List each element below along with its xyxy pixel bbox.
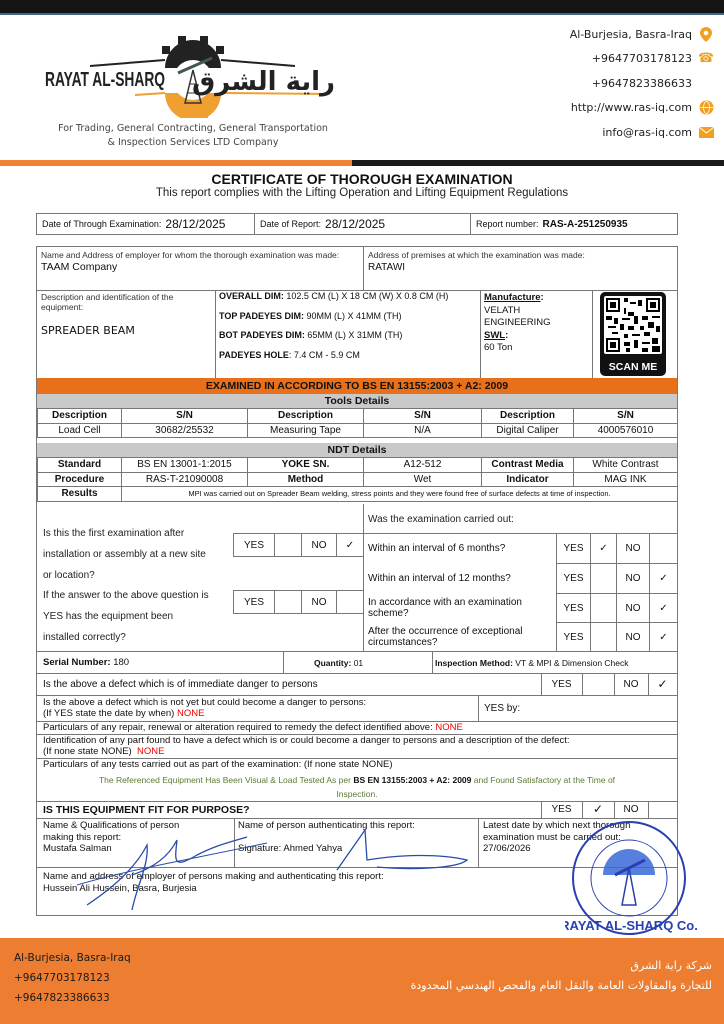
report-date-cell: Date of Report: 28/12/2025	[255, 214, 471, 234]
fit-no-check[interactable]	[648, 804, 677, 818]
first-exam-no-check[interactable]: ✓	[337, 534, 363, 556]
exam-date-cell: Date of Through Examination: 28/12/2025	[37, 214, 255, 234]
installed-correctly-question: If the answer to the above question is Y…	[43, 585, 209, 648]
tools-header-row: DescriptionS/N DescriptionS/N Descriptio…	[38, 409, 678, 424]
dates-box: Date of Through Examination: 28/12/2025 …	[36, 213, 678, 235]
installed-correctly-yes-no[interactable]: YES NO	[233, 590, 364, 614]
svg-text:RAYAT AL-SHARQ: RAYAT AL-SHARQ	[45, 69, 165, 91]
contact-website: http://www.ras-iq.com	[494, 96, 714, 121]
footer-arabic-name: شركة راية الشرق للتجارة والمقاولات العام…	[411, 956, 712, 996]
contact-info: Al-Burjesia, Basra-Iraq +9647703178123 ☎…	[494, 22, 714, 145]
header-divider-orange	[0, 160, 352, 166]
no-check[interactable]: ✓	[650, 623, 677, 651]
exam-date-value: 28/12/2025	[165, 217, 225, 231]
fit-yes-check[interactable]: ✓	[582, 802, 614, 816]
no-label: NO	[617, 564, 650, 593]
employer-value: TAAM Company	[41, 261, 361, 273]
quantity: Quantity: 01	[314, 658, 363, 668]
interval-yes-no[interactable]: YESNO✓	[556, 563, 678, 594]
examination-form: Name and Address of employer for whom th…	[36, 246, 678, 916]
fit-for-purpose-question: IS THIS EQUIPMENT FIT FOR PURPOSE?	[43, 804, 250, 816]
company-tagline: For Trading, General Contracting, Genera…	[40, 122, 346, 150]
certificate-subtitle: This report complies with the Lifting Op…	[0, 187, 724, 199]
qr-code[interactable]: SCAN ME	[600, 292, 666, 376]
premises-cell: Address of premises at which the examina…	[368, 250, 668, 273]
employer-cell: Name and Address of employer for whom th…	[41, 250, 361, 273]
results-row: Results MPI was carried out on Spreader …	[38, 487, 678, 502]
yes-check[interactable]: ✓	[591, 534, 617, 563]
interval-question: In accordance with an examination scheme…	[368, 593, 548, 622]
manufacturer-cell: Manufacture: VELATH ENGINEERING SWL: 60 …	[484, 292, 584, 355]
yes-check[interactable]	[591, 594, 617, 622]
defect-identification: Identification of any part found to have…	[43, 735, 570, 757]
table-row: StandardBS EN 13001-1:2015 YOKE SN.A12-5…	[38, 458, 678, 473]
contact-phone-1: +9647703178123 ☎	[494, 47, 714, 72]
qr-scan-label: SCAN ME	[600, 361, 666, 373]
first-exam-question: Is this the first examination after inst…	[43, 523, 206, 586]
no-check[interactable]: ✓	[650, 594, 677, 622]
table-row: ProcedureRAS-T-21090008 MethodWet Indica…	[38, 472, 678, 487]
ndt-header: NDT Details	[37, 443, 677, 457]
immediate-yes-check[interactable]	[582, 679, 614, 693]
yes-by-label: YES by:	[484, 703, 520, 714]
immediate-no-check[interactable]: ✓	[648, 677, 677, 691]
equipment-specs: OVERALL DIM: 102.5 CM (L) X 18 CM (W) X …	[219, 288, 479, 364]
installed-no-check[interactable]	[337, 591, 363, 613]
company-stamp: RAYAT AL-SHARQ Co.	[565, 820, 697, 938]
contact-phone-2: +9647823386633	[494, 71, 714, 96]
interval-yes-no[interactable]: YES✓NO	[556, 533, 678, 564]
no-check[interactable]	[650, 534, 677, 563]
immediate-danger-question: Is the above a defect which is of immedi…	[43, 679, 318, 690]
interval-yes-no[interactable]: YESNO✓	[556, 622, 678, 652]
qr-code-pattern	[604, 296, 662, 354]
interval-yes-no[interactable]: YESNO✓	[556, 593, 678, 623]
yes-label: YES	[557, 623, 591, 651]
no-check[interactable]: ✓	[650, 564, 677, 593]
could-become-danger: Is the above a defect which is not yet b…	[43, 697, 366, 719]
table-row: Load Cell30682/25532 Measuring TapeN/A D…	[38, 423, 678, 438]
report-number-cell: Report number: RAS-A-251250935	[471, 214, 677, 234]
yes-label: YES	[557, 564, 591, 593]
ndt-table: StandardBS EN 13001-1:2015 YOKE SN.A12-5…	[37, 457, 678, 502]
company-logo: RAYAT AL-SHARQ راية الشرق	[40, 28, 340, 118]
premises-value: RATAWI	[368, 262, 668, 273]
location-pin-icon	[698, 26, 714, 42]
footer: Al-Burjesia, Basra-Iraq +9647703178123 +…	[0, 938, 724, 1024]
first-exam-yes-no[interactable]: YES NO ✓	[233, 533, 364, 557]
interval-question: Within an interval of 12 months?	[368, 563, 548, 593]
tools-header: Tools Details	[37, 394, 677, 408]
telephone-icon: ☎	[698, 51, 714, 67]
interval-question: Within an interval of 6 months?	[368, 533, 548, 563]
yes-label: YES	[557, 594, 591, 622]
equipment-name: SPREADER BEAM	[41, 324, 211, 337]
no-label: NO	[617, 534, 650, 563]
tools-table: DescriptionS/N DescriptionS/N Descriptio…	[37, 408, 678, 438]
authenticator-signature-scribble	[317, 825, 477, 875]
report-date-value: 28/12/2025	[325, 217, 385, 231]
globe-icon	[698, 100, 714, 116]
tests-label: Particulars of any tests carried out as …	[43, 759, 393, 770]
standard-band: EXAMINED IN ACCORDING TO BS EN 13155:200…	[37, 378, 677, 394]
installed-yes-check[interactable]	[275, 591, 302, 613]
carried-out-label: Was the examination carried out:	[368, 509, 514, 530]
serial-number: Serial Number: 180	[43, 657, 129, 668]
report-number-value: RAS-A-251250935	[543, 219, 628, 230]
svg-text:راية الشرق: راية الشرق	[192, 67, 335, 97]
maker-signature	[77, 825, 277, 915]
could-become-value: NONE	[177, 708, 204, 719]
footer-contacts: Al-Burjesia, Basra-Iraq +9647703178123 +…	[14, 948, 131, 1008]
equipment-cell: Description and identification of the eq…	[41, 292, 211, 337]
contact-address: Al-Burjesia, Basra-Iraq	[494, 22, 714, 47]
header-divider-black	[352, 160, 724, 166]
interval-question: After the occurrence of exceptional circ…	[368, 622, 548, 651]
contact-email: info@ras-iq.com	[494, 120, 714, 145]
yes-check[interactable]	[591, 623, 617, 651]
certificate-title: CERTIFICATE OF THOROUGH EXAMINATION	[0, 171, 724, 187]
yes-label: YES	[557, 534, 591, 563]
envelope-icon	[698, 124, 714, 140]
yes-check[interactable]	[591, 564, 617, 593]
no-label: NO	[617, 594, 650, 622]
inspection-method: Inspection Method: VT & MPI & Dimension …	[435, 658, 629, 668]
top-bar	[0, 0, 724, 15]
no-label: NO	[617, 623, 650, 651]
first-exam-yes-check[interactable]	[275, 534, 302, 556]
svg-text:RAYAT AL-SHARQ Co.: RAYAT AL-SHARQ Co.	[565, 918, 697, 933]
repair-particulars: Particulars of any repair, renewal or al…	[43, 722, 463, 733]
tests-value: The Referenced Equipment Has Been Visual…	[37, 773, 677, 801]
